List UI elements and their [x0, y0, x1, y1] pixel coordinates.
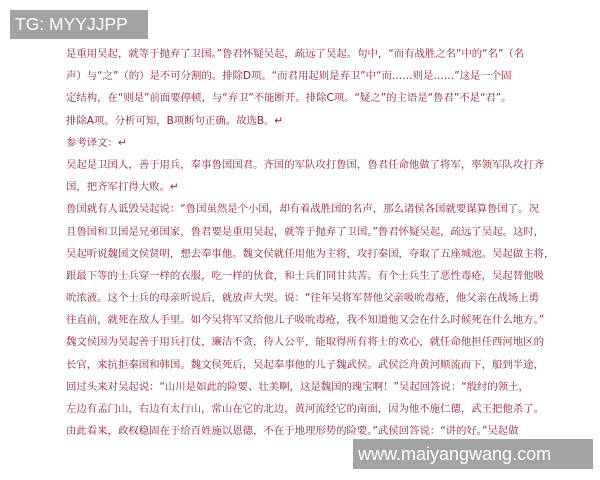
- watermark-bottom-right: www.maiyangwang.com: [353, 439, 593, 469]
- text-line: 且鲁国和卫国是兄弟国家，鲁君要是重用吴起，就等于抛弃了卫国。”鲁君怀疑吴起，疏远…: [66, 221, 526, 243]
- text-line: 国，把齐军打得大败。↵: [66, 176, 526, 198]
- text-line: 吴起听说魏国文侯贤明，想去奉事他。魏文侯就任用他为主将，攻打秦国，夺取了五座城池…: [66, 243, 526, 265]
- watermark-top-left: TG: MYYJJPP: [10, 10, 148, 39]
- text-line: 是重用吴起，就等于抛弃了卫国。”鲁君怀疑吴起，疏远了吴起。句中，“而有战胜之名”…: [66, 43, 526, 65]
- text-line: 吴起是卫国人，善于用兵，奉事鲁国国君。齐国的军队攻打鲁国，鲁君任命他做了将军，率…: [66, 154, 526, 176]
- text-line: 鲁国就有人诋毁吴起说：“鲁国虽然是个小国，却有着战胜国的名声，那么诸侯各国就要谋…: [66, 198, 526, 220]
- answer-analysis: 是重用吴起，就等于抛弃了卫国。”鲁君怀疑吴起，疏远了吴起。句中，“而有战胜之名”…: [66, 43, 526, 132]
- text-line: 吮浓液。这个士兵的母亲听说后，就放声大哭。说：“往年吴将军替他父亲吸吮毒疮，他父…: [66, 287, 526, 309]
- text-line: 长官，来抗拒秦国和韩国。魏文侯死后，吴起奉事他的儿子魏武侯。武侯泛舟黄河顺流而下…: [66, 354, 526, 376]
- document-body: 是重用吴起，就等于抛弃了卫国。”鲁君怀疑吴起，疏远了吴起。句中，“而有战胜之名”…: [66, 43, 526, 442]
- translation-text: 吴起是卫国人，善于用兵，奉事鲁国国君。齐国的军队攻打鲁国，鲁君任命他做了将军，率…: [66, 154, 526, 442]
- text-line: 左边有孟门山，右边有太行山，常山在它的北边，黄河流经它的南面，因为他不施仁德，武…: [66, 398, 526, 420]
- text-line: 声）与“之”（的）是不可分割的。排除D项。“而君用起则是弃卫”中“而……则是………: [66, 65, 526, 87]
- text-line: 回过头来对吴起说：“山川是如此的险要、壮美啊，这是魏国的瑰宝啊！”吴起回答说：“…: [66, 376, 526, 398]
- text-line: 魏文侯因为吴起善于用兵打仗，廉洁不贪，待人公平，能取得所有将士的欢心，就任命他担…: [66, 331, 526, 353]
- text-line: 跟最下等的士兵穿一样的衣服，吃一样的伙食，和士兵们同甘共苦。有个士兵生了恶性毒疮…: [66, 265, 526, 287]
- translation-heading: 参考译文：↵: [66, 132, 526, 154]
- text-line: 定结构，在“则是”前面要停顿，与“弃卫”不能断开。排除C项。“疑之”的主语是“鲁…: [66, 87, 526, 109]
- text-line: 排除A项。分析可知，B项断句正确。故选B。↵: [66, 110, 526, 132]
- text-line: 往直前，就死在敌人手里。如今吴将军又给他儿子吸吮毒疮，我不知道他又会在什么时候死…: [66, 309, 526, 331]
